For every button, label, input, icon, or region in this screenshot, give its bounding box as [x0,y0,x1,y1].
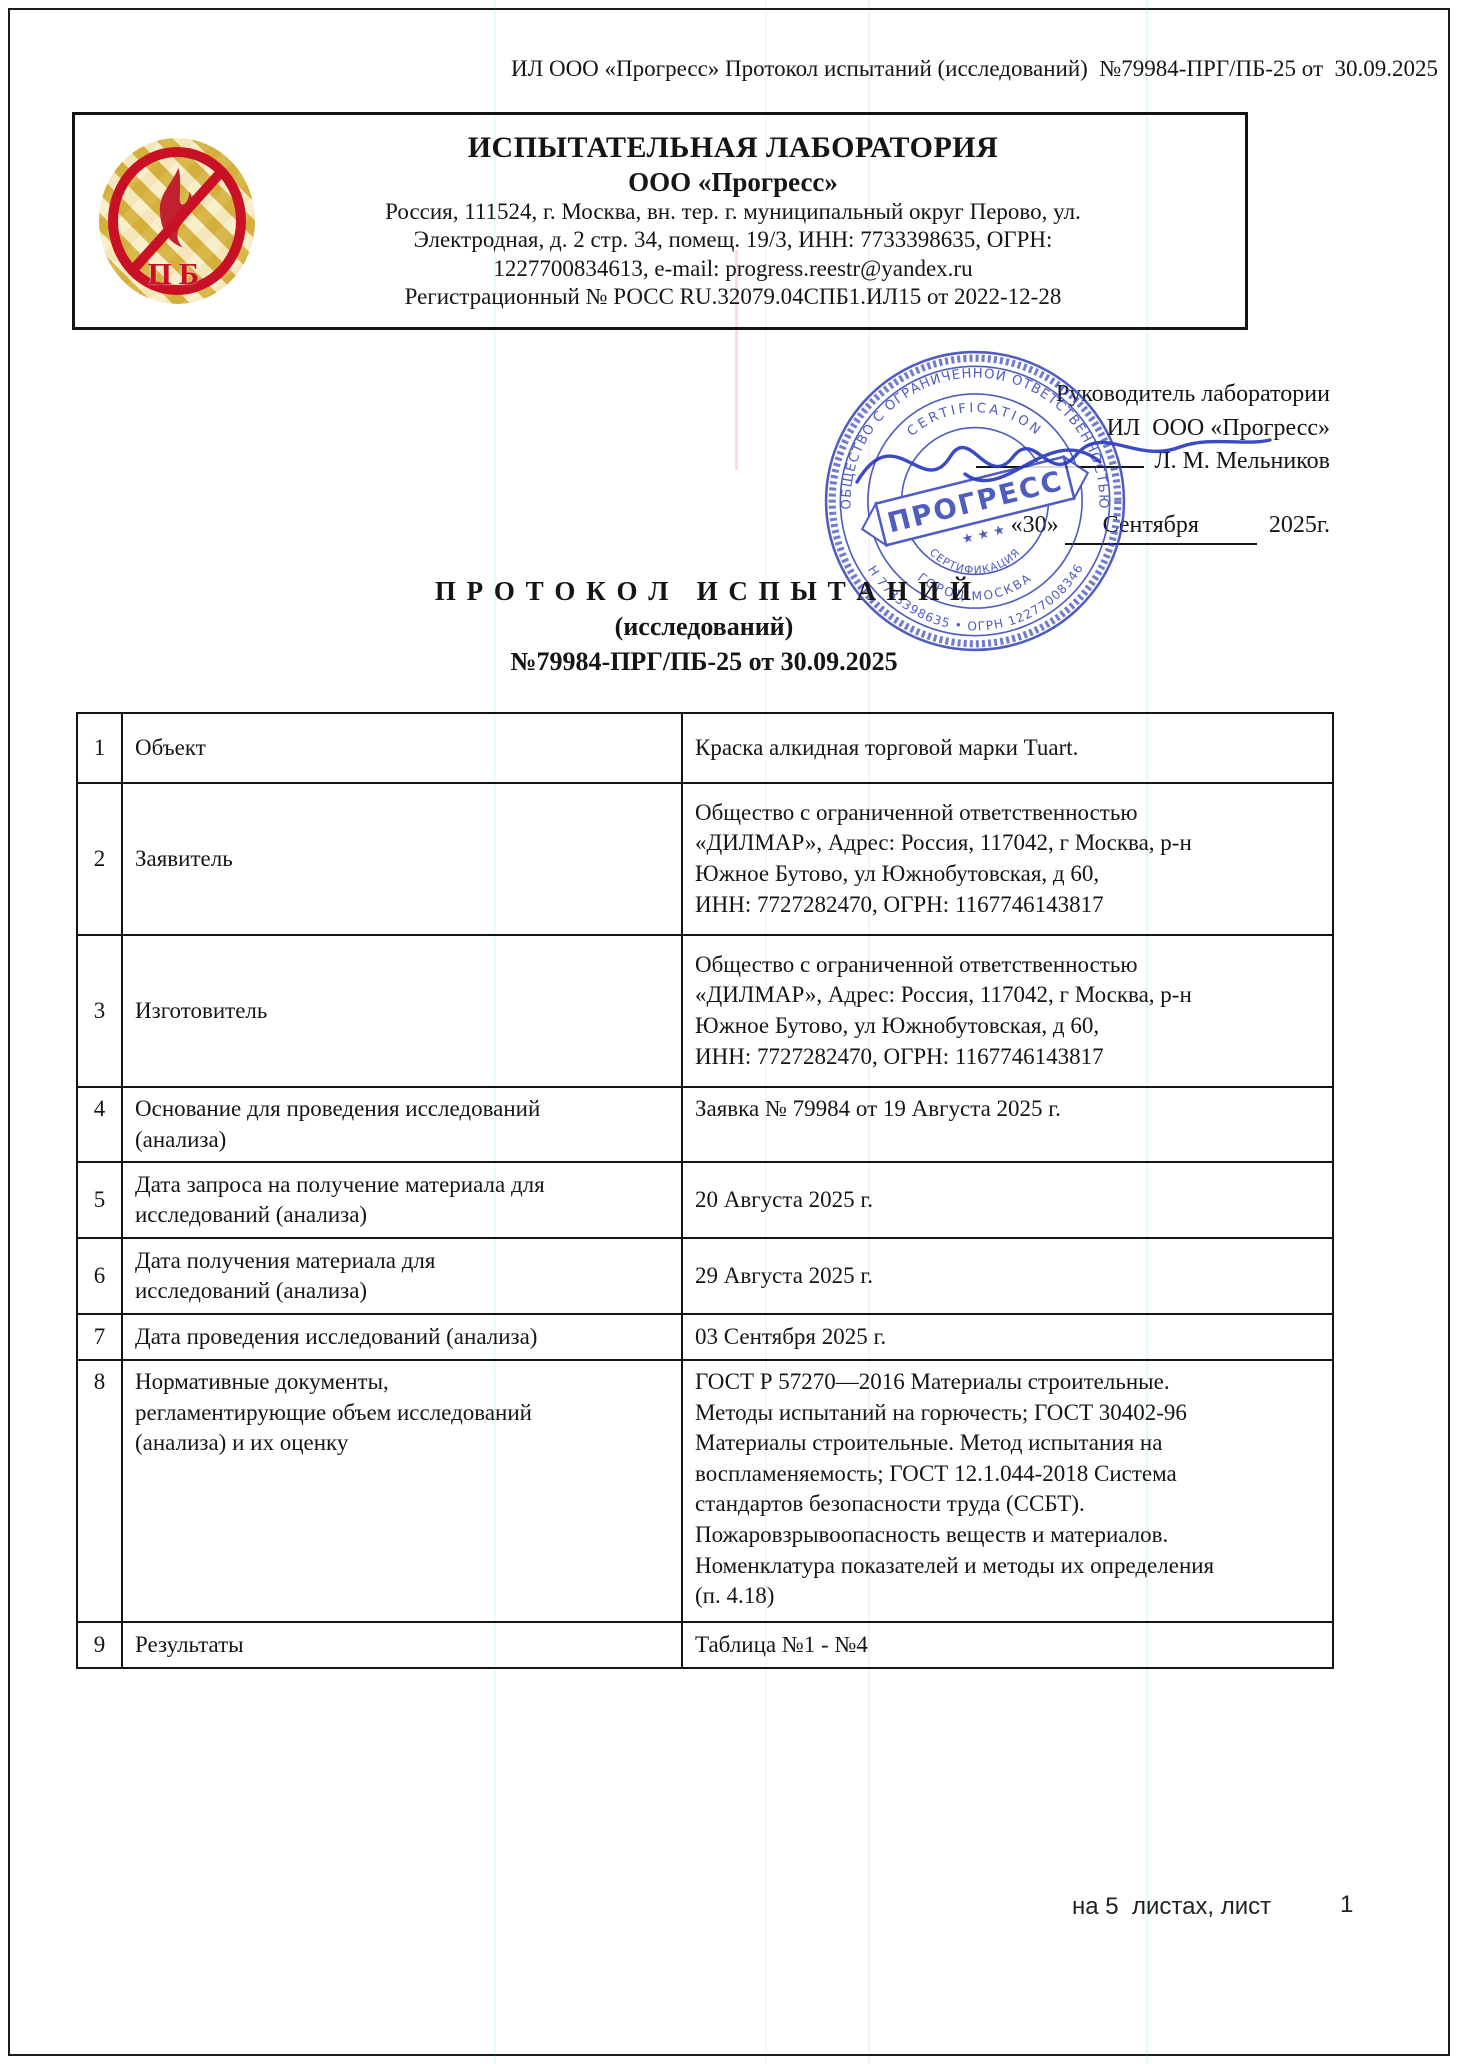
row-label: Основание для проведения исследований (а… [122,1087,682,1162]
laboratory-address-1: Россия, 111524, г. Москва, вн. тер. г. м… [255,198,1211,226]
row-label: Нормативные документы, регламентирующие … [122,1360,682,1622]
footer-page-number: 1 [1340,1891,1353,1919]
row-value: Заявка № 79984 от 19 Августа 2025 г. [682,1087,1333,1162]
stamp-stars: ★ ★ ★ [960,523,1006,548]
logo-pb-label: ПБ [99,256,255,292]
row-value: Общество с ограниченной ответственностью… [682,935,1333,1087]
table-row: 6 Дата получения материала для исследова… [77,1238,1333,1314]
table-row: 7 Дата проведения исследований (анализа)… [77,1314,1333,1360]
row-value: Краска алкидная торговой марки Tuart. [682,713,1333,783]
table-row: 9 Результаты Таблица №1 - №4 [77,1622,1333,1668]
table-row: 2 Заявитель Общество с ограниченной отве… [77,783,1333,935]
row-number: 8 [77,1360,122,1622]
laboratory-address-3: 1227700834613, e-mail: progress.reestr@y… [255,255,1211,283]
laboratory-address-2: Электродная, д. 2 стр. 34, помещ. 19/3, … [255,226,1211,254]
row-label: Результаты [122,1622,682,1668]
table-row: 1 Объект Краска алкидная торговой марки … [77,713,1333,783]
row-value: Таблица №1 - №4 [682,1622,1333,1668]
protocol-title-line2: (исследований) [76,612,1332,642]
row-label: Дата получения материала для исследовани… [122,1238,682,1314]
row-value: 20 Августа 2025 г. [682,1162,1333,1238]
page-header: ИЛ ООО «Прогресс» Протокол испытаний (ис… [0,56,1438,82]
row-label: Изготовитель [122,935,682,1087]
svg-text:СЕРТИФИКАЦИЯ: СЕРТИФИКАЦИЯ [927,546,1023,577]
row-label: Заявитель [122,783,682,935]
laboratory-text: ИСПЫТАТЕЛЬНАЯ ЛАБОРАТОРИЯ ООО «Прогресс»… [255,131,1245,310]
row-number: 4 [77,1087,122,1162]
stamp-certification-text: СЕРТИФИКАЦИЯ [927,546,1023,577]
row-number: 1 [77,713,122,783]
row-label: Объект [122,713,682,783]
laboratory-title: ИСПЫТАТЕЛЬНАЯ ЛАБОРАТОРИЯ [255,131,1211,165]
protocol-title-line1: П Р О Т О К О Л И С П Ы Т А Н И Й [76,576,1332,607]
footer-sheets-label: на 5 листах, лист [1072,1893,1271,1921]
table-row: 4 Основание для проведения исследований … [77,1087,1333,1162]
fire-safety-logo: ПБ [99,138,255,304]
handwritten-signature [845,402,1285,517]
protocol-title: П Р О Т О К О Л И С П Ы Т А Н И Й (иссле… [76,576,1332,677]
row-value: 29 Августа 2025 г. [682,1238,1333,1314]
laboratory-info-box: ПБ ИСПЫТАТЕЛЬНАЯ ЛАБОРАТОРИЯ ООО «Прогре… [72,112,1248,330]
row-number: 9 [77,1622,122,1668]
table-row: 3 Изготовитель Общество с ограниченной о… [77,935,1333,1087]
row-value: Общество с ограниченной ответственностью… [682,783,1333,935]
protocol-title-line3: №79984-ПРГ/ПБ-25 от 30.09.2025 [76,647,1332,677]
row-number: 2 [77,783,122,935]
row-label: Дата проведения исследований (анализа) [122,1314,682,1360]
laboratory-org: ООО «Прогресс» [255,167,1211,198]
laboratory-registration: Регистрационный № РОСС RU.32079.04СПБ1.И… [255,283,1211,311]
table-row: 5 Дата запроса на получение материала дл… [77,1162,1333,1238]
row-number: 7 [77,1314,122,1360]
row-value: 03 Сентября 2025 г. [682,1314,1333,1360]
row-number: 3 [77,935,122,1087]
row-label: Дата запроса на получение материала для … [122,1162,682,1238]
protocol-table: 1 Объект Краска алкидная торговой марки … [76,712,1334,1669]
table-row: 8 Нормативные документы, регламентирующи… [77,1360,1333,1622]
row-number: 5 [77,1162,122,1238]
row-number: 6 [77,1238,122,1314]
row-value: ГОСТ Р 57270—2016 Материалы строительные… [682,1360,1333,1622]
